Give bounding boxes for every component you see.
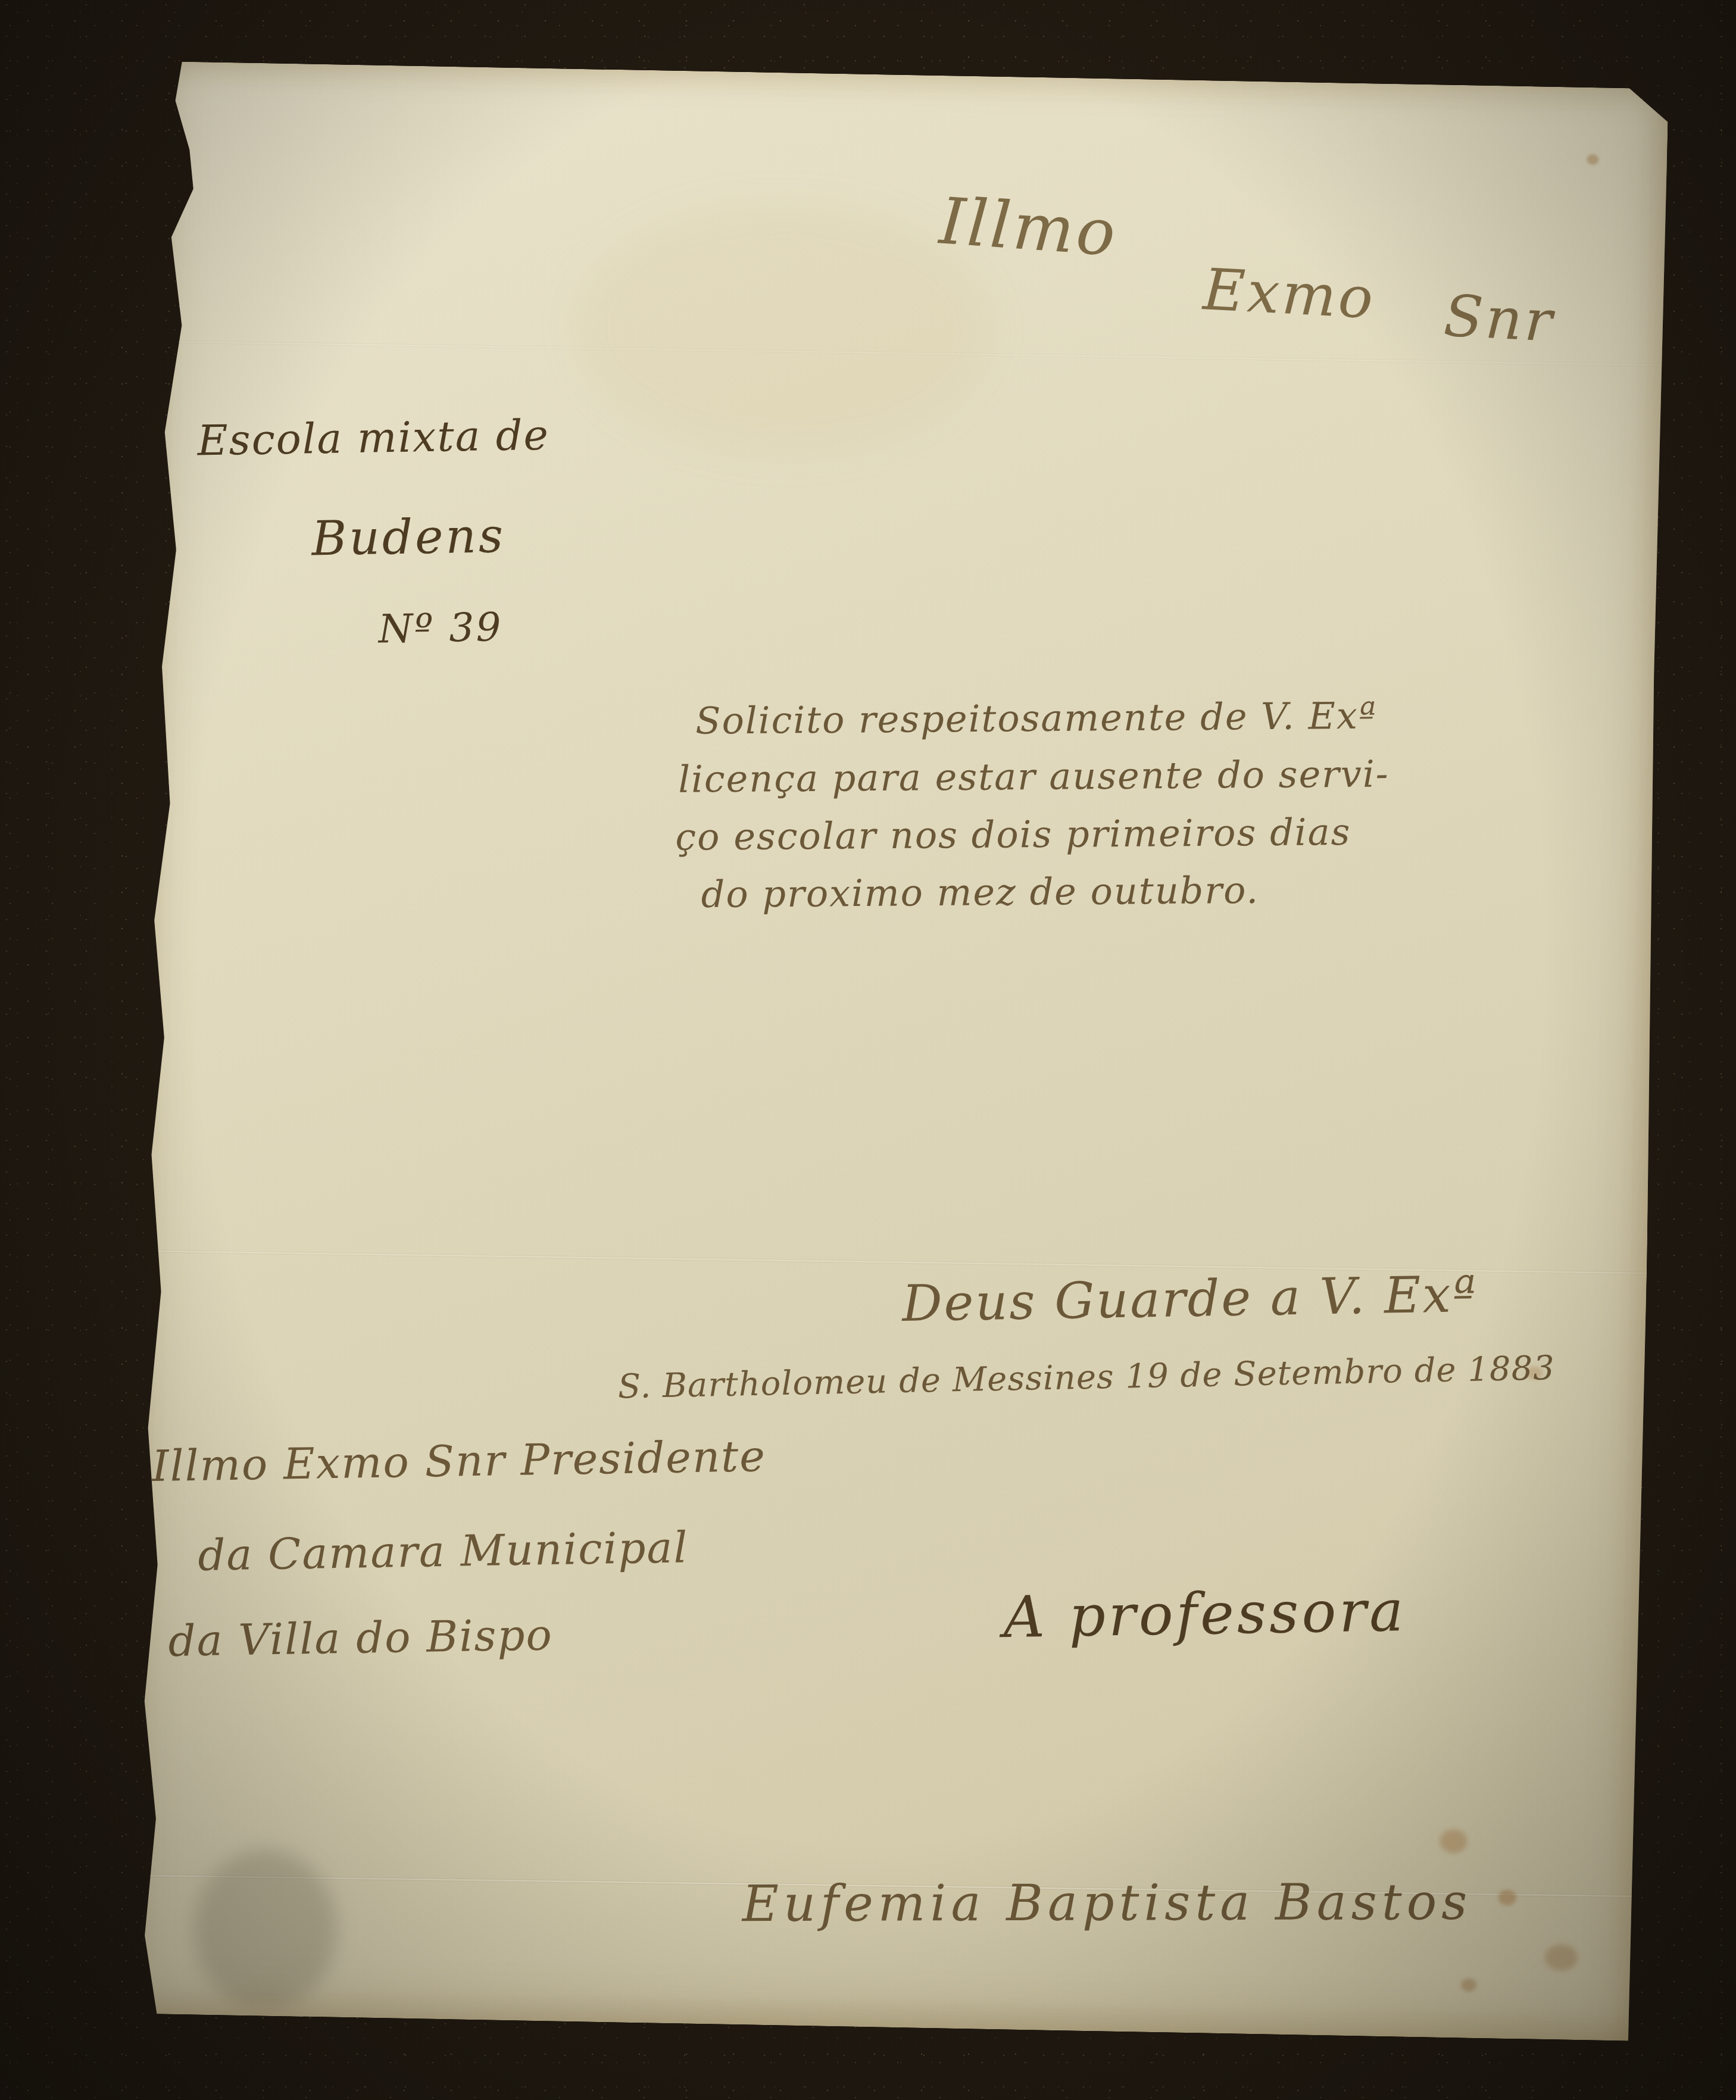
body-line-4: do proximo mez de outubro. — [701, 868, 1259, 916]
stain-foxing — [1498, 1890, 1516, 1906]
salutation-exmo: Exmo — [1201, 256, 1377, 332]
stain-foxing — [1587, 154, 1598, 165]
margin-note-number: Nº 39 — [378, 604, 503, 652]
stain-foxing — [1545, 1944, 1578, 1971]
body-line-1: Solicito respeitosamente de V. Exª — [695, 694, 1378, 743]
salutation-snr: Snr — [1442, 282, 1556, 355]
fold-crease-top — [157, 340, 1663, 367]
stain-smudge — [192, 1848, 338, 2011]
salutation-illmo: Illmo — [937, 184, 1120, 271]
signature: Eufemia Baptista Bastos — [742, 1873, 1472, 1933]
margin-note-school: Escola mixta de — [197, 411, 550, 465]
addressee-line-3: da Villa do Bispo — [168, 1610, 553, 1666]
body-line-2: licença para estar ausente do servi- — [678, 752, 1390, 801]
place-dateline: S. Bartholomeu de Messines 19 de Setembr… — [617, 1349, 1555, 1407]
stain-foxing — [1461, 1979, 1476, 1992]
addressee-line-2: da Camara Municipal — [198, 1522, 689, 1580]
valediction: Deus Guarde a V. Exª — [901, 1265, 1478, 1333]
margin-note-place: Budens — [311, 508, 506, 566]
stain-foxing — [1440, 1829, 1468, 1854]
role-line: A professora — [1003, 1577, 1407, 1651]
letter-paper-sheet: Illmo Exmo Snr Escola mixta de Budens Nº… — [127, 61, 1669, 2041]
photographed-document-scene: Illmo Exmo Snr Escola mixta de Budens Nº… — [0, 0, 1736, 2100]
body-line-3: ço escolar nos dois primeiros dias — [675, 810, 1351, 859]
stain-discoloration — [572, 200, 994, 458]
addressee-line-1: Illmo Exmo Snr Presidente — [151, 1431, 766, 1491]
